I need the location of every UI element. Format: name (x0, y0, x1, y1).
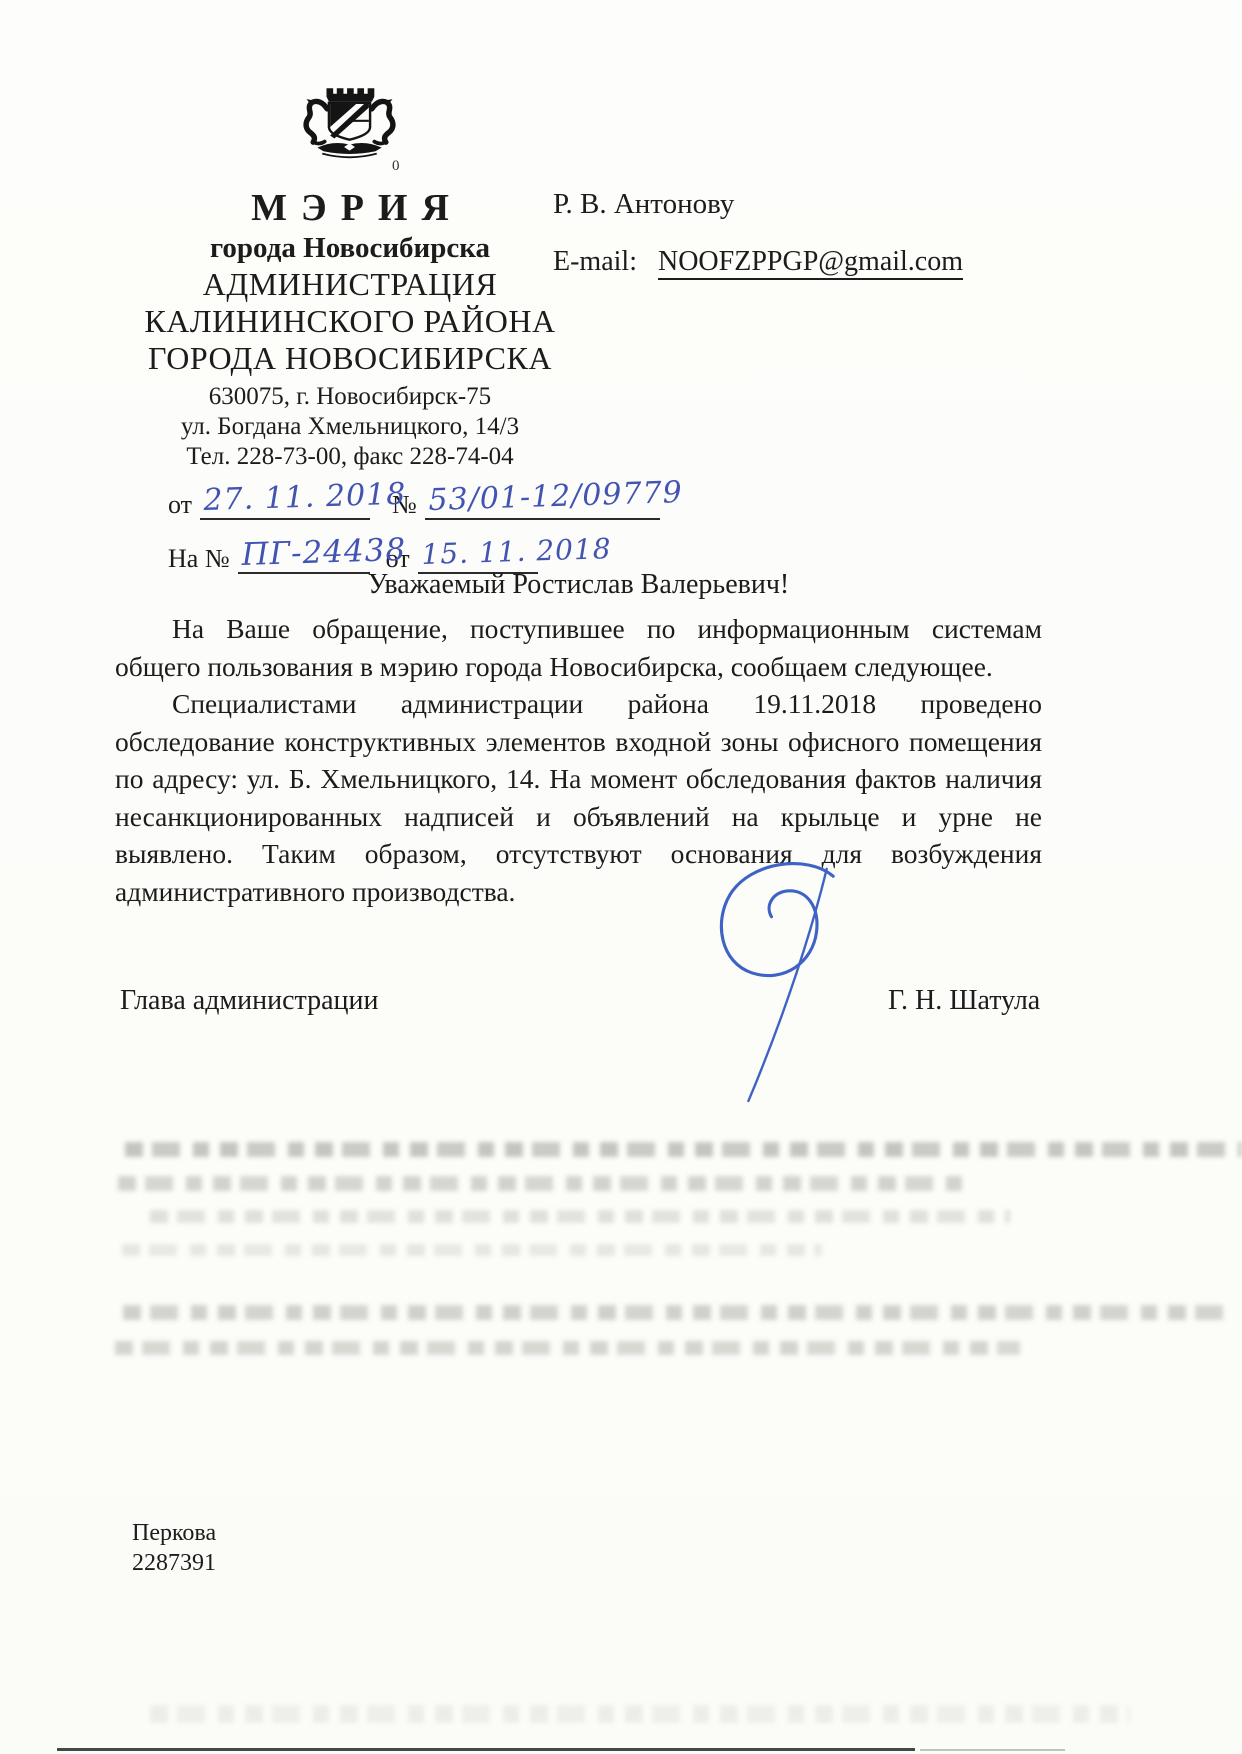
org-name-city-of: ГОРОДА НОВОСИБИРСКА (55, 340, 645, 377)
letterhead: МЭРИЯ города Новосибирска АДМИНИСТРАЦИЯ … (55, 186, 645, 472)
recipient-email-address: NOOFZPPGP@gmail.com (658, 246, 963, 280)
emblem-mark: 0 (392, 158, 400, 175)
from-label: от (168, 490, 192, 520)
scan-edge-line (57, 1748, 915, 1751)
recipient-name: Р. В. Антонову (553, 188, 734, 221)
signer-name: Г. Н. Шатула (888, 985, 1040, 1017)
body-paragraph-2: Специалистами администрации района 19.11… (115, 685, 1042, 910)
outgoing-date-field: 27. 11. 2018 (200, 486, 370, 520)
bleed-through-line (122, 1244, 822, 1256)
novosibirsk-coat-of-arms-icon (292, 70, 407, 178)
org-name-district: КАЛИНИНСКОГО РАЙОНА (55, 303, 645, 340)
bleed-through-line (123, 1305, 1233, 1320)
postal-address: 630075, г. Новосибирск-75 (55, 382, 645, 412)
phone-fax: Тел. 228-73-00, факс 228-74-04 (55, 442, 645, 472)
executor-block: Перкова 2287391 (132, 1518, 216, 1578)
street-address: ул. Богдана Хмельницкого, 14/3 (55, 412, 645, 442)
executor-name: Перкова (132, 1518, 216, 1548)
outgoing-reference-row: от 27. 11. 2018 № 53/01-12/09779 (168, 486, 660, 520)
signer-position-title: Глава администрации (120, 985, 379, 1017)
email-label: E-mail: (553, 246, 637, 277)
executor-phone: 2287391 (132, 1548, 216, 1578)
body-paragraph-1: На Ваше обращение, поступившее по информ… (115, 610, 1042, 685)
salutation: Уважаемый Ростислав Валерьевич! (115, 566, 1042, 604)
bleed-through-line (125, 1142, 1242, 1157)
outgoing-number-field: 53/01-12/09779 (425, 486, 660, 520)
recipient-email-row: E-mail: NOOFZPPGP@gmail.com (553, 246, 963, 278)
bleed-through-line (115, 1341, 1020, 1355)
letter-body: Уважаемый Ростислав Валерьевич! На Ваше … (115, 566, 1042, 910)
handwritten-outgoing-number: 53/01-12/09779 (428, 478, 683, 516)
handwritten-outgoing-date: 27. 11. 2018 (203, 480, 407, 516)
handwritten-incoming-number: ПГ-24438 (241, 535, 407, 570)
bleed-through-line (150, 1210, 1010, 1223)
scanned-letter-page: 0 МЭРИЯ города Новосибирска АДМИНИСТРАЦИ… (0, 0, 1242, 1754)
handwritten-signature (695, 850, 870, 1118)
handwritten-incoming-date: 15. 11. 2018 (421, 534, 612, 570)
bleed-through-line (150, 1705, 1130, 1723)
scan-edge-line (920, 1749, 1065, 1751)
bleed-through-line (118, 1176, 968, 1191)
